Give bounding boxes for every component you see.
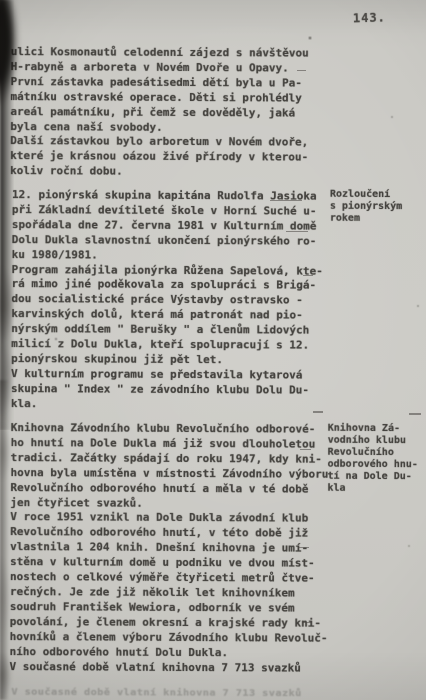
body-paragraph-library: Knihovna Závodního klubu Revolučního odb… <box>9 421 345 676</box>
page-number: 143. <box>353 10 386 25</box>
typewritten-text-layer: 143. ulici Kosmonautů celodenní zájezd s… <box>0 0 426 700</box>
scanned-document-page: 143. ulici Kosmonautů celodenní zájezd s… <box>0 0 426 700</box>
ink-showthrough-line: V současné době vlatní knihovna 7 713 sv… <box>11 687 301 699</box>
margin-note-pioneer-year: Rozloučení s pionýrským rokem <box>330 189 426 226</box>
body-paragraph-excursion: ulici Kosmonautů celodenní zájezd s návš… <box>10 45 341 181</box>
paper-specks <box>0 0 2 2</box>
margin-note-library: Knihovna Zá- vodního klubu Revolučního o… <box>327 423 426 496</box>
body-paragraph-pioneer-year: 12. pionýrská skupina kapitána Rudolfa J… <box>11 188 342 413</box>
